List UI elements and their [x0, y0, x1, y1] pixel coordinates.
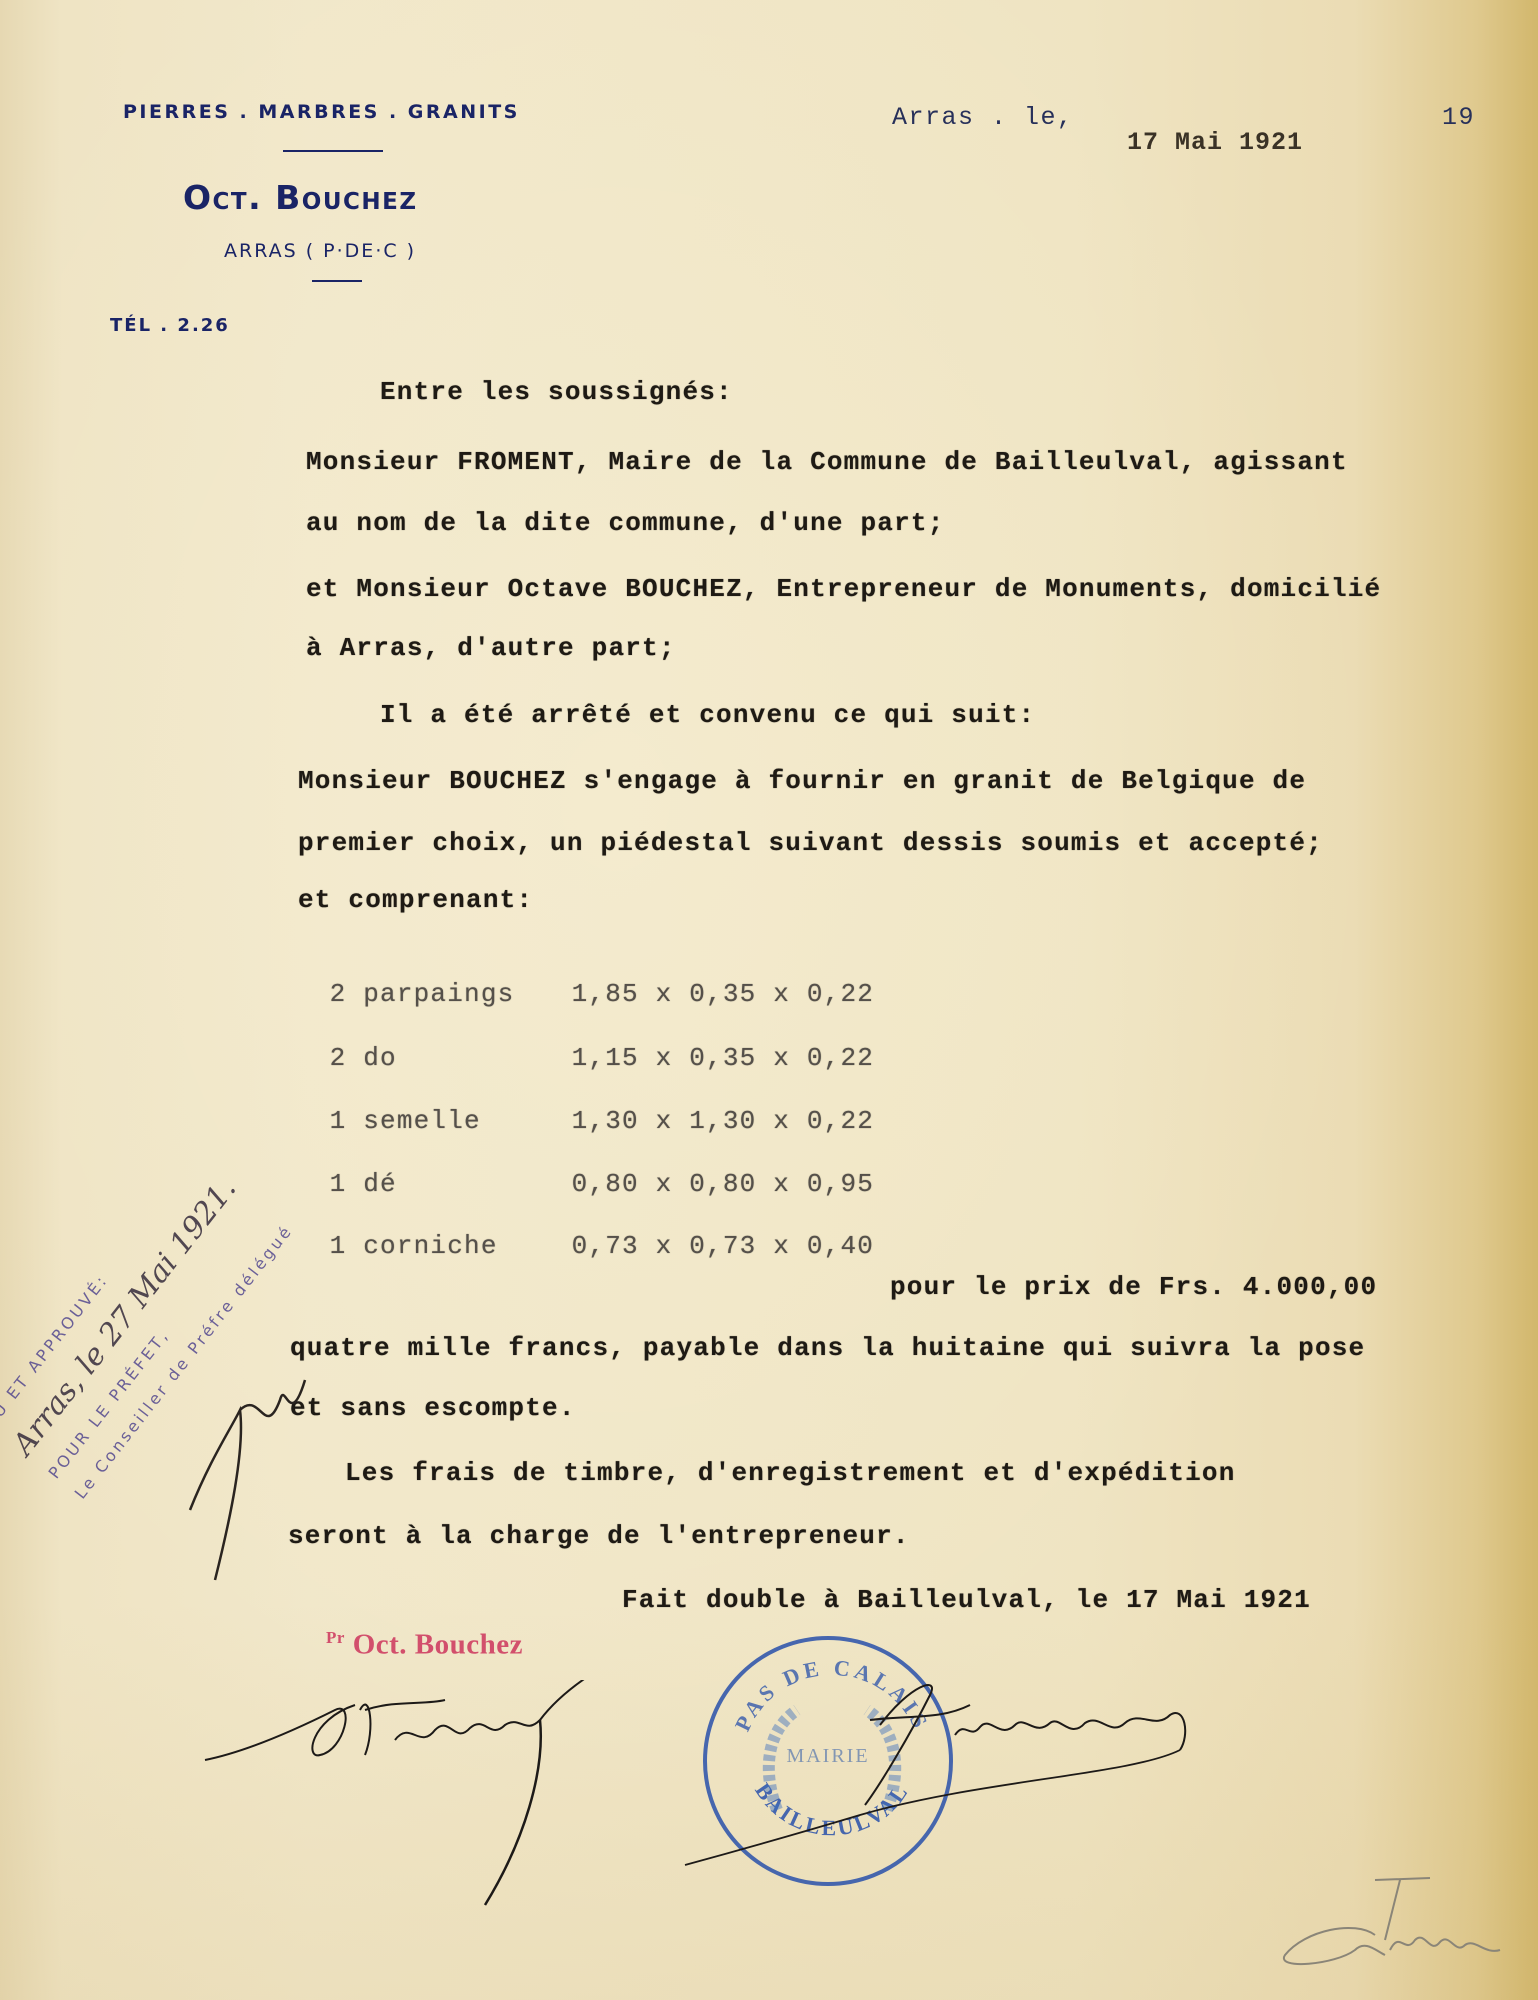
- stamp-name: Oct. Bouchez: [353, 1629, 523, 1661]
- done-at-line: Fait double à Bailleulval, le 17 Mai 192…: [622, 1585, 1311, 1615]
- item-label: 2 do: [330, 1043, 572, 1073]
- letterhead-trades: PIERRES . MARBRES . GRANITS: [123, 101, 520, 123]
- item-dimensions: 1,85 x 0,35 x 0,22: [572, 979, 874, 1009]
- stamp-prefix: Pr: [326, 1628, 345, 1647]
- contractor-stamp: Pr Oct. Bouchez: [326, 1628, 523, 1662]
- clause-line: Monsieur BOUCHEZ s'engage à fournir en g…: [298, 766, 1306, 796]
- contractor-signature: [195, 1680, 615, 1910]
- clause-line: et comprenant:: [298, 885, 533, 915]
- item-label: 1 corniche: [330, 1231, 572, 1261]
- item-row: 1 dé0,80 x 0,80 x 0,95: [296, 1139, 874, 1199]
- party2-line: et Monsieur Octave BOUCHEZ, Entrepreneur…: [306, 574, 1381, 604]
- letterhead-city: ARRAS ( P·DE·C ): [224, 240, 416, 262]
- dateline-century: 19: [1442, 103, 1475, 132]
- item-dimensions: 1,30 x 1,30 x 0,22: [572, 1106, 874, 1136]
- party2-line: à Arras, d'autre part;: [306, 633, 676, 663]
- dateline-typed-date: 17 Mai 1921: [1127, 128, 1303, 157]
- item-row: 2 parpaings1,85 x 0,35 x 0,22: [296, 949, 874, 1009]
- letterhead-divider: [283, 150, 383, 152]
- agreement-statement: Il a été arrêté et convenu ce qui suit:: [380, 700, 1035, 730]
- dateline-place: Arras . le,: [892, 103, 1074, 132]
- item-row: 1 semelle1,30 x 1,30 x 0,22: [296, 1076, 874, 1136]
- price-line: pour le prix de Frs. 4.000,00: [890, 1272, 1377, 1302]
- item-label: 1 semelle: [330, 1106, 572, 1136]
- letterhead-company-name: Oct. Bouchez: [183, 178, 418, 217]
- party1-line: au nom de la dite commune, d'une part;: [306, 508, 945, 538]
- clause-line: premier choix, un piédestal suivant dess…: [298, 828, 1323, 858]
- item-label: 1 dé: [330, 1169, 572, 1199]
- fees-line: seront à la charge de l'entrepreneur.: [288, 1521, 910, 1551]
- item-row: 2 do1,15 x 0,35 x 0,22: [296, 1013, 874, 1073]
- mayor-signature: [680, 1665, 1240, 1905]
- item-label: 2 parpaings: [330, 979, 572, 1009]
- letterhead-divider: [312, 280, 362, 282]
- contract-opening: Entre les soussignés:: [380, 377, 733, 407]
- letterhead-telephone: TÉL . 2.26: [110, 315, 230, 336]
- item-dimensions: 0,80 x 0,80 x 0,95: [572, 1169, 874, 1199]
- item-dimensions: 1,15 x 0,35 x 0,22: [572, 1043, 874, 1073]
- party1-line: Monsieur FROMENT, Maire de la Commune de…: [306, 447, 1348, 477]
- pencil-annotation: [1265, 1870, 1505, 1980]
- fees-line: Les frais de timbre, d'enregistrement et…: [345, 1458, 1236, 1488]
- price-words-line: et sans escompte.: [290, 1393, 576, 1423]
- prefecture-signature: [170, 1320, 320, 1590]
- item-row: 1 corniche0,73 x 0,73 x 0,40: [296, 1201, 874, 1261]
- price-words-line: quatre mille francs, payable dans la hui…: [290, 1333, 1365, 1363]
- item-dimensions: 0,73 x 0,73 x 0,40: [572, 1231, 874, 1261]
